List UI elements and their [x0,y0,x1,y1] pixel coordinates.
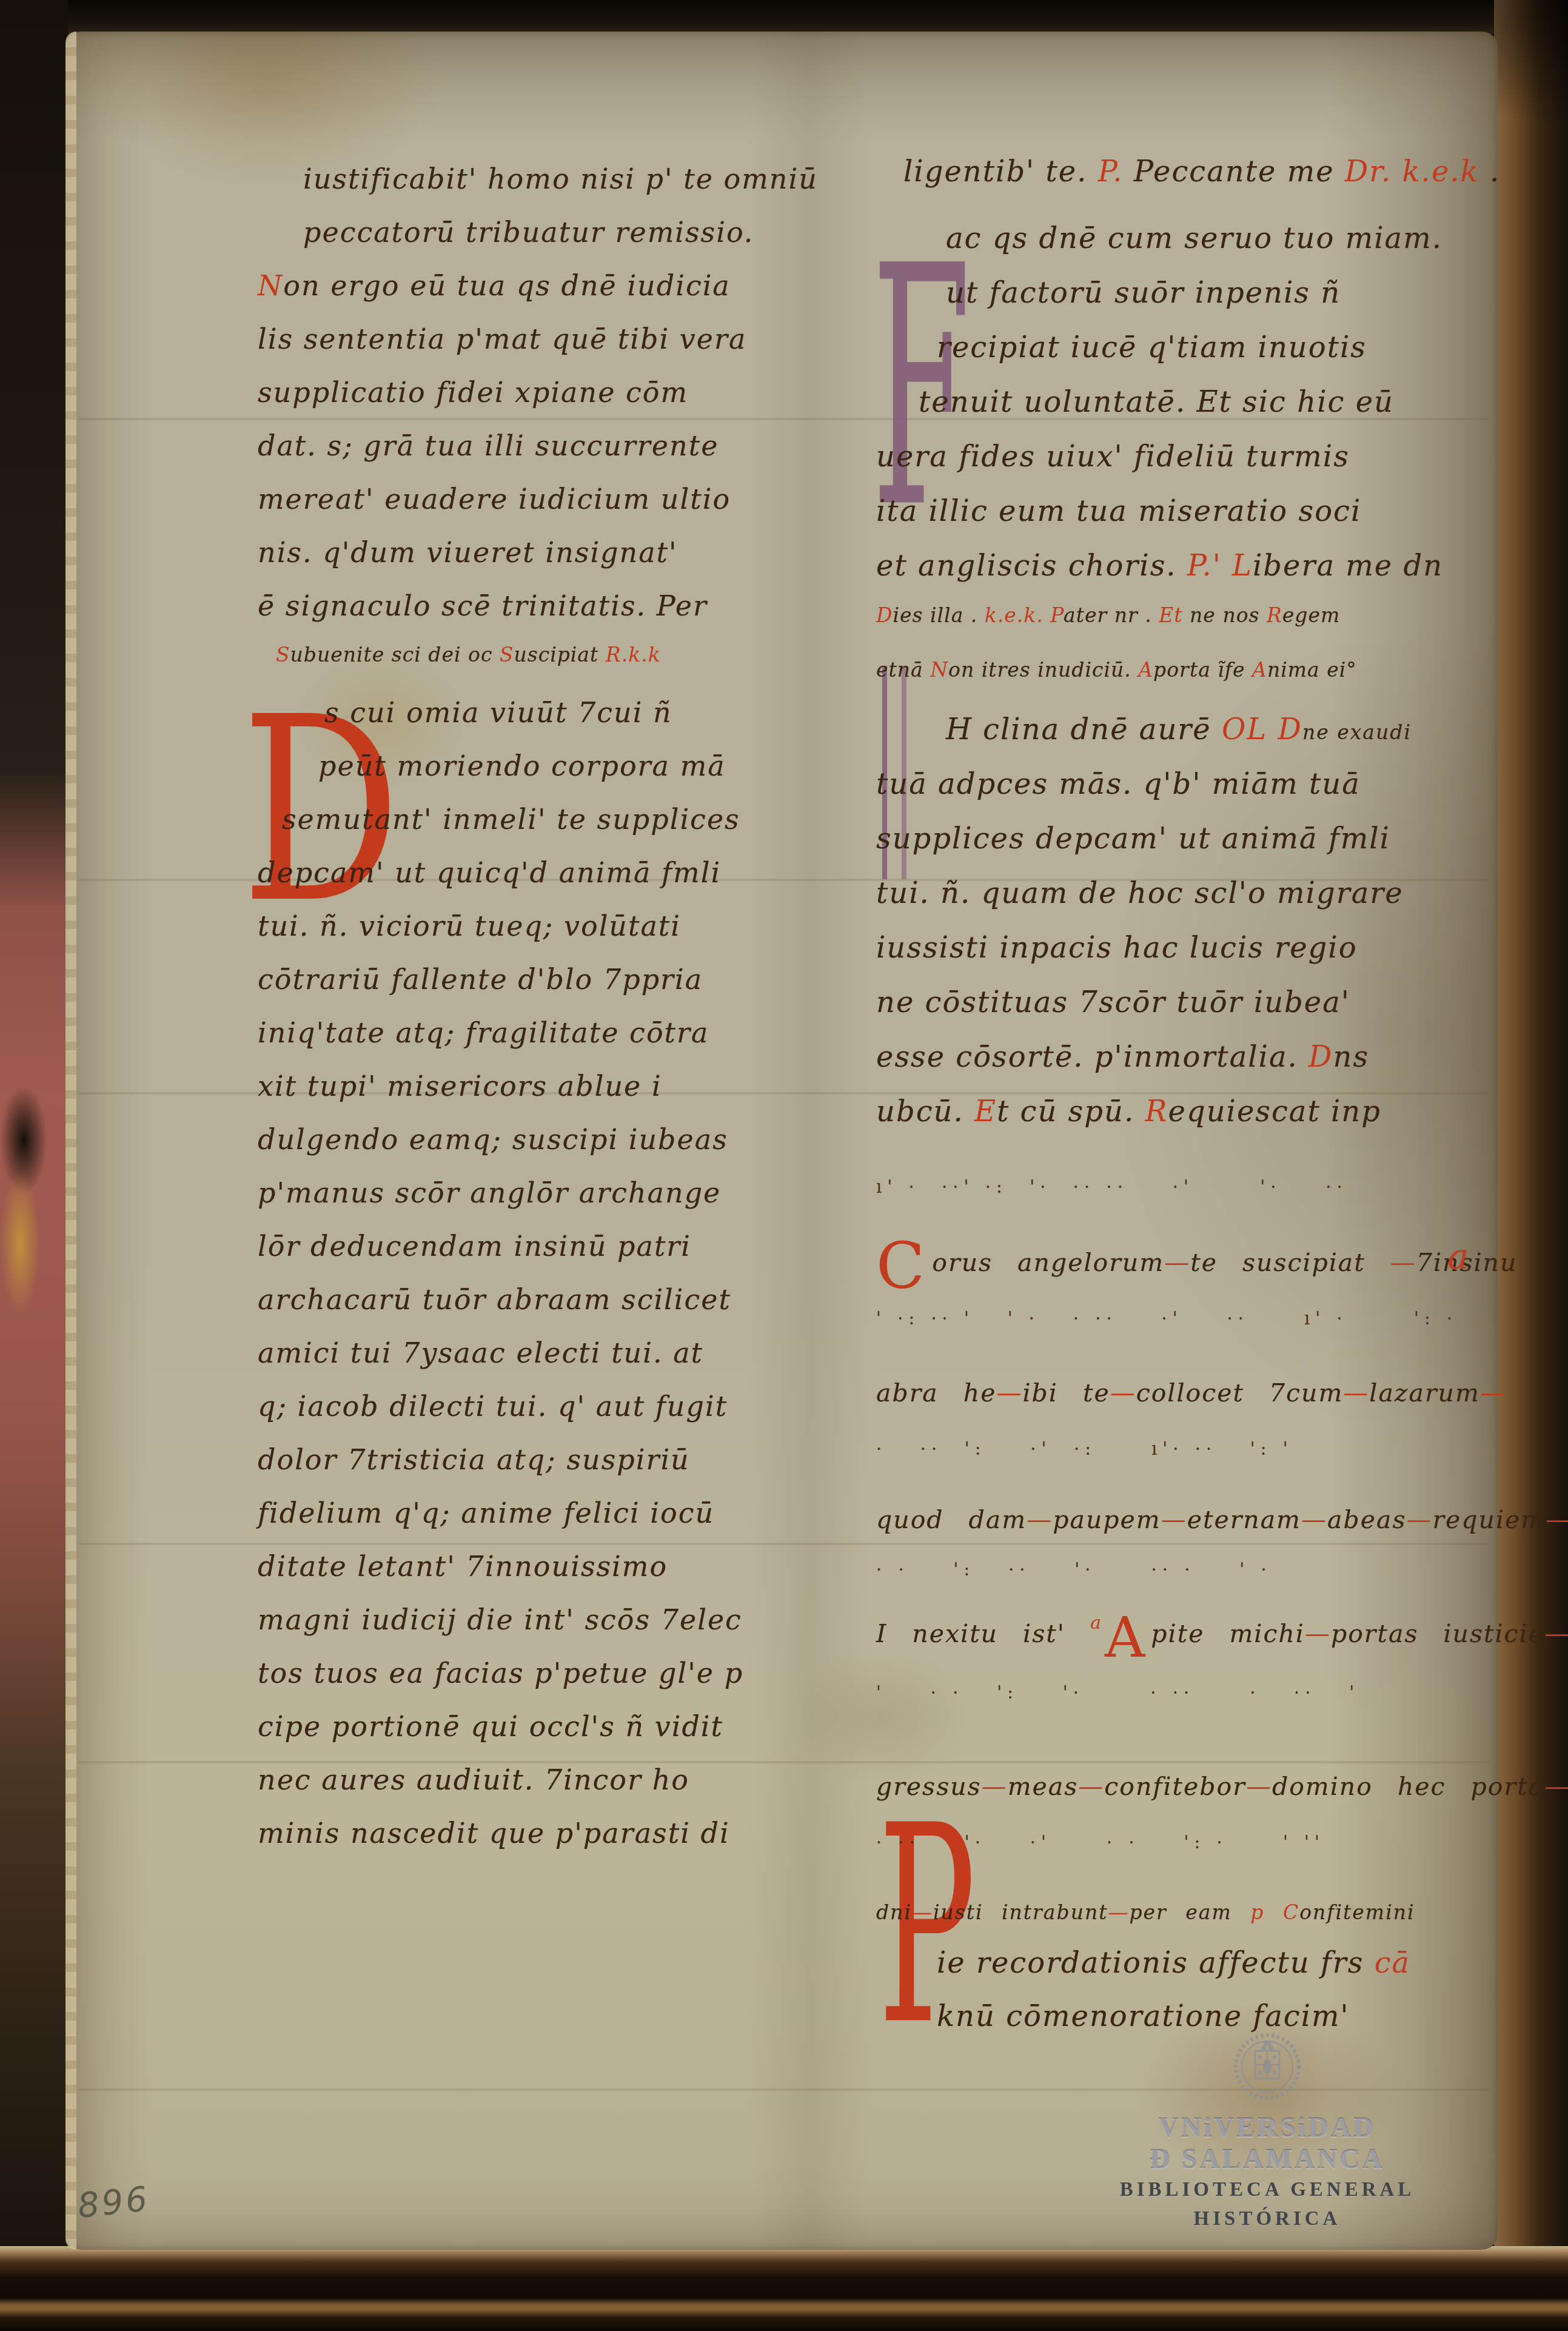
manuscript-text-line: supplices depcam' ut animā fmli [876,822,1473,876]
manuscript-text-line: tuā adpces mās. q'b' miām tuā [876,767,1473,822]
rubricated-text: — [1305,1619,1331,1648]
manuscript-text-line: cōtrariū fallente d'blo 7ppria [258,963,749,1016]
ink-text: et angliscis choris. [876,549,1187,583]
ink-text: on itres inudiciū. [948,658,1138,682]
rubricated-text: Dr. [1345,155,1392,189]
chant-text-line: gressus—meas—confitebor—domino hec porta… [876,1772,1473,1814]
manuscript-text-line: supplicatio fidei xpiane cōm [258,376,749,429]
university-seal-icon [1233,2033,1301,2101]
rubricated-text: — [1164,1248,1190,1277]
ink-text: supplicatio fidei xpiane cōm [258,376,688,409]
ink-text: ditate letant' 7innouissimo [258,1550,668,1583]
manuscript-text-line: magni iudicij die int' scōs 7elec [258,1603,749,1657]
ink-text: minis nascedit que p'parasti di [258,1817,730,1850]
rubricated-text: — [1161,1505,1187,1534]
ink-text: portas iusticie [1331,1619,1544,1648]
watermark-library-name: BIBLIOTECA GENERAL HISTÓRICA [1110,2175,1425,2233]
rubricated-text: E [974,1095,997,1129]
rubricated-text: cā [1375,1946,1411,1980]
rubricated-text: — [1301,1505,1327,1534]
ink-text: a [1447,1236,1470,1277]
right-column-prayer-block: ac qs dnē cum seruo tuo miam.ut factorū … [876,221,1473,1149]
manuscript-text-line: iussisti inpacis hac lucis regio [876,931,1473,985]
neume-notation-row: · ·· '· ·' · · ': · ' '' [876,1814,1473,1900]
manuscript-text-line: tenuit uoluntatē. Et sic hic eū [876,385,1473,440]
ink-text: ne exaudi [1302,720,1412,744]
manuscript-text-line: Non ergo eū tua qs dnē iudicia [258,269,749,323]
rubricated-text: R [1267,603,1282,627]
ink-text: lōr deducendam insinū patri [258,1230,691,1263]
library-watermark: VNiVERSiDAD Đ SALAMANCA BIBLIOTECA GENER… [1110,2033,1425,2233]
manuscript-text-line: semutant' inmeli' te supplices [258,803,749,856]
ink-text: ns [1333,1040,1370,1074]
ink-text: onfitemini [1299,1900,1415,1924]
ink-text: dat. s; grā tua illi succurrente [258,429,719,462]
ink-text: peūt moriendo corpora mā [318,750,726,782]
ink-text: gressus [876,1772,982,1801]
ink-text: lis sententia p'mat quē tibi vera [258,323,746,355]
ink-text: tos tuos ea facias p'petue gl'e p [258,1657,743,1689]
ink-text: supplices depcam' ut animā fmli [876,822,1390,856]
rubricated-text: D [1308,1040,1333,1074]
ink-text: q; iacob dilecti tui. q' aut fugit [258,1390,728,1423]
ink-text: knū cōmenoratione facim' [937,1999,1350,2033]
rubricated-text: P.' [1187,549,1222,583]
rubricated-text: — [1110,1378,1136,1407]
manuscript-text-line: s cui omia viuūt 7cui ñ [258,696,749,750]
ink-text: s cui omia viuūt 7cui ñ [324,696,672,729]
ink-text: nima ei° [1267,658,1357,682]
rubricated-text: — [1544,1772,1568,1801]
neume-notation-row: ı' · ··' ·: '· ·· ·· ·' '· ·· [876,1149,1473,1248]
ink-text: ita illic eum tua miseratio soci [876,494,1361,528]
manuscript-text-line: H clina dnē aurē OL Dne exaudi [876,713,1473,767]
manuscript-text-line: iustificabit' homo nisi p' te omniū [258,163,749,216]
ink-text: tui. ñ. viciorū tueq; volūtati [258,910,681,942]
rubricated-text: P. [1098,155,1124,189]
rubricated-text: S [500,643,514,666]
ink-text: uera fides uiux' fideliū turmis [876,440,1350,474]
ink-text: on ergo eū tua qs dnē iudicia [283,269,731,302]
manuscript-text-line: ditate letant' 7innouissimo [258,1550,749,1603]
chant-text-line: dni—iusti intrabunt—per eam p Confitemin… [876,1900,1473,1937]
rubricated-text: C [1283,1900,1299,1924]
ink-text: eternam [1187,1505,1301,1534]
ink-text: domino hec porta [1272,1772,1544,1801]
chant-text-line: abra he—ibi te—collocet 7cum—lazarum— [876,1378,1473,1421]
rubricated-text: P [1050,603,1064,627]
rubricated-text: — [1406,1505,1432,1534]
rubricated-text: D [1278,713,1302,746]
neume-notation-row: ' · · ': '· · ·· · ·· ' [876,1655,1473,1772]
ink-text: archacarū tuōr abraam scilicet [258,1283,731,1316]
manuscript-text-line: dat. s; grā tua illi succurrente [258,429,749,483]
manuscript-text-line: q; iacob dilecti tui. q' aut fugit [258,1390,749,1443]
manuscript-text-line: ne cōstituas 7scōr tuōr iubea' [876,985,1473,1040]
ink-text: uscipiat [514,643,605,666]
ink-text: ē signaculo scē trinitatis. Per [258,589,708,622]
rubricated-text: S [276,643,290,666]
ink-text: I nexitu ist' [876,1619,1090,1648]
neume-notation-row: · · ': ·· '· ·· · ' · [876,1548,1473,1612]
rubricated-text: — [912,1900,933,1924]
manuscript-text-line: ie recordationis affectu frs cā [876,1946,1473,1999]
ink-text: tui. ñ. quam de hoc scl'o migrare [876,876,1404,910]
ink-text: dolor 7tristicia atq; suspiriū [258,1443,690,1476]
rubricated-text: Et [1159,603,1182,627]
ink-text: amici tui 7ysaac electi tui. at [258,1337,703,1369]
ink-text: porta ĩfe [1153,658,1252,682]
manuscript-text-line: minis nascedit que p'parasti di [258,1817,749,1870]
manuscript-text-line: depcam' ut quicq'd animā fmli [258,856,749,910]
ink-text: ne nos [1183,603,1267,627]
manuscript-text-line: nec aures audiuit. 7incor ho [258,1763,749,1817]
manuscript-text-line: peccatorū tribuatur remissio. [258,216,749,269]
rubricated-text: A [1252,658,1267,682]
rubricated-text: D [876,603,893,627]
parchment-rough-edge [65,32,76,2250]
ink-text: requiem [1432,1505,1546,1534]
neume-notation-row: · ·· ': ·' ·: ı'· ·· ': ' [876,1421,1473,1505]
ink-text: semutant' inmeli' te supplices [282,803,740,836]
ink-text: egem [1282,603,1340,627]
manuscript-text-line: tui. ñ. quam de hoc scl'o migrare [876,876,1473,931]
ink-text: ibera me dn [1253,549,1443,583]
ink-text: peccatorū tribuatur remissio. [303,216,754,249]
rubricated-text: — [1544,1619,1568,1648]
manuscript-text-line: cipe portionē qui occl's ñ vidit [258,1710,749,1763]
ink-text: mereat' euadere iudicium ultio [258,483,731,515]
ink-text: ligentib' te. [903,155,1098,189]
rubricated-text: p [1250,1900,1264,1924]
folio-number: 896 [76,2179,152,2226]
ink-text [1044,603,1051,627]
manuscript-text-line: iniq'tate atq; fragilitate cōtra [258,1016,749,1070]
manuscript-text-line: ē signaculo scē trinitatis. Per [258,589,749,643]
rubricated-text: OL [1222,713,1267,746]
ink-text: iussisti inpacis hac lucis regio [876,931,1358,965]
left-text-column: iustificabit' homo nisi p' te omniūpecca… [258,163,749,1870]
ink-text: p'manus scōr anglōr archange [258,1176,721,1209]
ink-text: tuā adpces mās. q'b' miām tuā [876,767,1361,801]
ink-text [1264,1900,1283,1924]
ink-text: ies illa . [893,603,984,627]
ink-text: abeas [1327,1505,1406,1534]
ink-text: Peccante me [1124,155,1345,189]
manuscript-photo: D F P iustificabit' homo nisi p' te omni… [0,0,1568,2331]
chant-text-line: quod dam—paupem—eternam—abeas—requiem— [876,1505,1473,1548]
manuscript-text-line: peūt moriendo corpora mā [258,750,749,803]
rubricated-text: — [1027,1505,1053,1534]
ink-text: dulgendo eamq; suscipi iubeas [258,1123,728,1156]
rubricated-text: A [1138,658,1153,682]
ink-text: t cū spū. [997,1095,1145,1129]
ink-text: ater nr . [1064,603,1159,627]
chant-with-neumes: ı' · ··' ·: '· ·· ·· ·' '· ··Corus angel… [876,1149,1473,1937]
rubricated-text: — [1343,1378,1369,1407]
ink-text: cōtrariū fallente d'blo 7ppria [258,963,703,996]
right-text-column: ligentib' te. P. Peccante me Dr. k.e.k .… [876,155,1473,2053]
rubricated-text: R [1145,1095,1168,1129]
ink-text: ubuenite sci dei oc [290,643,500,666]
ink-text: nec aures audiuit. 7incor ho [258,1763,689,1796]
ink-text: fidelium q'q; anime felici iocū [258,1497,714,1529]
ink-text: pite michi [1151,1619,1305,1648]
manuscript-text-line: et angliscis choris. P.' Libera me dn [876,549,1473,603]
book-edge-right [1494,0,1568,2331]
rubricated-text: N [258,269,283,302]
rubricated-text: L [1232,549,1253,583]
ink-text: ubcū. [876,1095,974,1129]
rubricated-text: k.e.k [1402,155,1479,189]
manuscript-text-line: amici tui 7ysaac electi tui. at [258,1337,749,1390]
ink-text: tenuit uoluntatē. Et sic hic eū [919,385,1394,419]
ink-text: equiescat inp [1168,1095,1381,1129]
rubricated-text: — [1546,1505,1568,1534]
manuscript-text-line: ubcū. Et cū spū. Requiescat inp [876,1095,1473,1149]
ink-text: H clina dnē aurē [946,713,1222,746]
book-edge-top [0,0,1568,34]
rubricated-text: C [876,1229,926,1303]
ink-text: abra he [876,1378,996,1407]
rubricated-text: — [996,1378,1022,1407]
ink-text: confitebor [1104,1772,1246,1801]
ink-text: etnā [876,658,930,682]
book-edge-bottom [0,2246,1568,2331]
manuscript-text-line: xit tupi' misericors ablue i [258,1070,749,1123]
manuscript-text-line: p'manus scōr anglōr archange [258,1176,749,1230]
manuscript-text-line: mereat' euadere iudicium ultio [258,483,749,536]
manuscript-text-line: ita illic eum tua miseratio soci [876,494,1473,549]
column-gutter-shade [749,32,870,2250]
facing-page-decoration-gold [0,1170,40,1316]
ink-text [1222,549,1232,583]
ink-text: iniq'tate atq; fragilitate cōtra [258,1016,709,1049]
neume-notation-row: ' ·: ·· ' ' · · ·· ·' ·· ı' · ': · [876,1290,1473,1378]
ink-text: xit tupi' misericors ablue i [258,1070,662,1102]
ink-text: nis. q'dum viueret insignat' [258,536,678,569]
manuscript-text-line: tui. ñ. viciorū tueq; volūtati [258,910,749,963]
rubricated-text: — [982,1772,1008,1801]
ink-text: paupem [1053,1505,1161,1534]
rubricated-text: A [1105,1605,1146,1670]
ink-text: iusti intrabunt [933,1900,1108,1924]
manuscript-text-line: Subuenite sci dei oc Suscipiat R.k.k [258,643,749,696]
ink-text: ibi te [1022,1378,1110,1407]
manuscript-text-line: dulgendo eamq; suscipi iubeas [258,1123,749,1176]
manuscript-text-line: lōr deducendam insinū patri [258,1230,749,1283]
manuscript-text-line: Dies illa . k.e.k. Pater nr . Et ne nos … [876,603,1473,658]
manuscript-text-line: uera fides uiux' fideliū turmis [876,440,1473,494]
ink-text: orus angelorum [932,1248,1164,1277]
ink-text: lazarum [1369,1378,1479,1407]
rubricated-text: — [1390,1248,1416,1277]
ink-text: cipe portionē qui occl's ñ vidit [258,1710,723,1743]
rubricated-text: — [1108,1900,1129,1924]
manuscript-text-line: ligentib' te. P. Peccante me Dr. k.e.k . [876,155,1473,209]
manuscript-text-line: ut factorū suōr inpenis ñ [876,276,1473,330]
ink-text: meas [1008,1772,1079,1801]
ink-text: ac qs dnē cum seruo tuo miam. [946,221,1442,255]
manuscript-text-line: recipiat iucē q'tiam inuotis [876,330,1473,385]
manuscript-text-line: etnā Non itres inudiciū. Aporta ĩfe Anim… [876,658,1473,713]
manuscript-text-line: dolor 7tristicia atq; suspiriū [258,1443,749,1497]
rubricated-text: R.k.k [606,643,661,666]
ink-text: dni [876,1900,912,1924]
ink-text: te suscipiat [1190,1248,1390,1277]
rubricated-text: N [930,658,948,682]
right-column-first-line: ligentib' te. P. Peccante me Dr. k.e.k . [876,155,1473,209]
ink-text: depcam' ut quicq'd animā fmli [258,856,721,889]
manuscript-text-line: archacarū tuōr abraam scilicet [258,1283,749,1337]
watermark-salamanca: Đ SALAMANCA [1110,2144,1425,2175]
ink-text: . [1479,155,1501,189]
manuscript-text-line: esse cōsortē. p'inmortalia. Dns [876,1040,1473,1095]
ink-text: magni iudicij die int' scōs 7elec [258,1603,742,1636]
ink-text: ie recordationis affectu frs [937,1946,1375,1980]
rubricated-text: k.e.k. [985,603,1044,627]
chant-text-line: Corus angelorum—te suscipiat —7insinua [876,1248,1473,1290]
manuscript-text-line: lis sententia p'mat quē tibi vera [258,323,749,376]
watermark-university-name: VNiVERSiDAD [1110,2112,1425,2144]
ink-text [1392,155,1402,189]
ink-text: iustificabit' homo nisi p' te omniū [303,163,818,195]
ink-text: esse cōsortē. p'inmortalia. [876,1040,1308,1074]
rubricated-text: — [1480,1378,1506,1407]
manuscript-text-line: tos tuos ea facias p'petue gl'e p [258,1657,749,1710]
ink-text: per eam [1129,1900,1250,1924]
ink-text: collocet 7cum [1136,1378,1344,1407]
rubricated-text: — [1078,1772,1104,1801]
ink-text: ne cōstituas 7scōr tuōr iubea' [876,985,1350,1019]
ink-text: recipiat iucē q'tiam inuotis [937,330,1367,364]
manuscript-text-line: nis. q'dum viueret insignat' [258,536,749,589]
manuscript-text-line: fidelium q'q; anime felici iocū [258,1497,749,1550]
rubricated-text: a [1090,1612,1102,1634]
manuscript-text-line: ac qs dnē cum seruo tuo miam. [876,221,1473,276]
ink-text [1267,713,1278,746]
chant-text-line: I nexitu ist' aApite michi—portas iustic… [876,1612,1473,1655]
rubricated-text: — [1246,1772,1272,1801]
ink-text: quod dam [876,1505,1027,1534]
ink-text: ut factorū suōr inpenis ñ [946,276,1341,310]
